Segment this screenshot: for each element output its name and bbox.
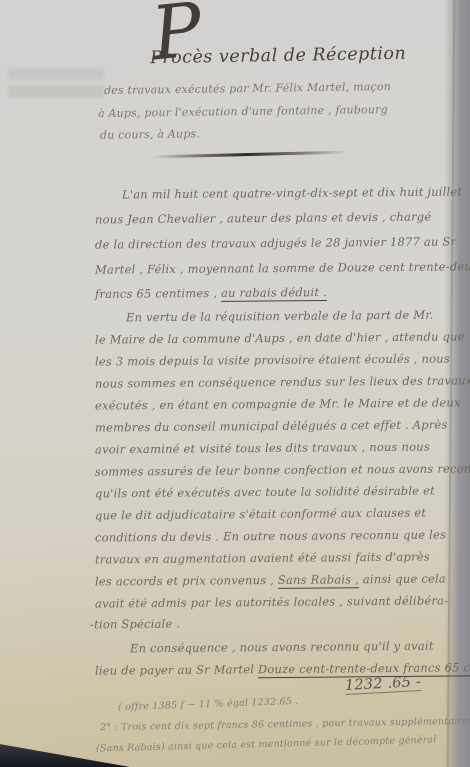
line-segment: francs 65 centimes , (95, 286, 221, 301)
line-segment: lieu de payer au Sr Martel (95, 662, 258, 677)
manuscript-line: travaux en augmentation avaient été auss… (95, 550, 430, 567)
manuscript-line: avait été admis par les autorités locale… (95, 593, 448, 610)
subtitle-line: des travaux exécutés par Mr. Félix Marte… (104, 80, 391, 97)
manuscript-line: sommes assurés de leur bonne confection … (95, 461, 470, 478)
manuscript-line: avoir examiné et visité tous les dits tr… (95, 440, 430, 457)
manuscript-line: que le dit adjudicataire s'était conform… (95, 506, 426, 523)
document-title: Procès verbal de Réception (150, 44, 407, 68)
line-segment: ainsi que cela (359, 571, 446, 586)
manuscript-line: Martel , Félix , moyennant la somme de D… (95, 259, 470, 276)
manuscript-line: les accords et prix convenus , Sans Raba… (95, 571, 446, 588)
underlined-phrase: au rabais déduit . (221, 285, 327, 302)
manuscript-line: francs 65 centimes , au rabais déduit . (95, 285, 327, 301)
manuscript-line: -tion Spéciale . (90, 617, 180, 632)
line-segment: les accords et prix convenus , (95, 573, 278, 589)
pencil-note: ( offre 1385 f − 11 % égal 1232.65 . (118, 696, 299, 713)
manuscript-line: L'an mil huit cent quatre-vingt-dix-sept… (122, 185, 462, 202)
underlined-phrase: Sans Rabais , (278, 572, 359, 589)
verso-stamp-showthrough (8, 68, 104, 108)
manuscript-line: qu'ils ont été exécutés avec toute la so… (95, 484, 435, 501)
calligraphic-divider (152, 151, 348, 159)
manuscript-line: En conséquence , nous avons reconnu qu'i… (130, 639, 434, 656)
pencil-note: 2° : Trois cent dix sept francs 86 centi… (100, 716, 470, 734)
manuscript-line: le Maire de la commune d'Aups , en date … (95, 329, 465, 346)
manuscript-line: membres du conseil municipal délégués a … (95, 417, 448, 434)
sum-total: 1232 .65 - (345, 674, 422, 695)
manuscript-line: conditions du devis . En outre nous avon… (95, 527, 446, 544)
subtitle-line: à Aups, pour l'exécution d'une fontaine … (98, 103, 388, 120)
manuscript-line: nous Jean Chevalier , auteur des plans e… (95, 210, 431, 227)
manuscript-line: En vertu de la réquisition verbale de la… (126, 308, 434, 325)
pencil-note: (Sans Rabais) ainsi que cela est mention… (96, 735, 437, 755)
underlined-phrase: Douze cent-trente-deux francs 65 c (258, 660, 470, 678)
manuscript-line: nous sommes en conséquence rendus sur le… (95, 373, 470, 390)
manuscript-line: exécutés , en étant en compagnie de Mr. … (95, 395, 461, 412)
manuscript-line: de la direction des travaux adjugés le 2… (95, 234, 456, 251)
manuscript-line: les 3 mois depuis la visite provisoire é… (95, 351, 450, 368)
manuscript-photo: P Procès verbal de Réception des travaux… (0, 0, 470, 767)
subtitle-line: du cours, à Aups. (100, 127, 200, 141)
